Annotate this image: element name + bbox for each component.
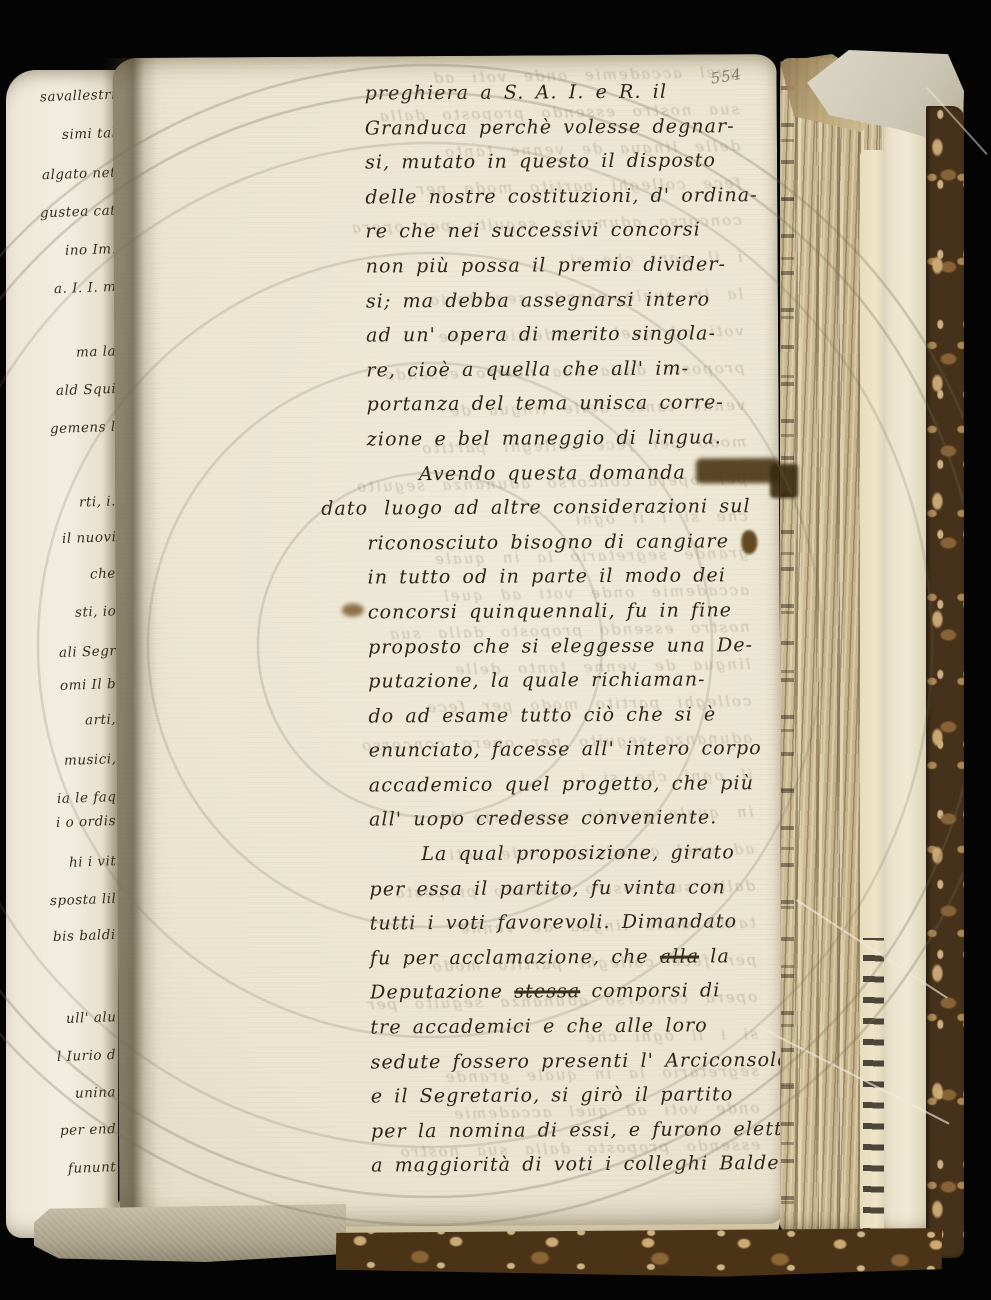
manuscript-line: riconosciuto bisogno di cangiare — [367, 524, 783, 561]
manuscript-line: re che nei successivi concorsi — [365, 212, 783, 249]
ink-smear-spill — [770, 464, 798, 498]
binding-tail-cloth — [34, 1204, 346, 1262]
manuscript-line: e il Segretario, si girò il partito — [371, 1077, 784, 1114]
manuscript-line: enunciato, facesse all' intero corpo — [369, 731, 784, 768]
left-page-fragment: ino Im. — [64, 241, 116, 259]
left-page-fragment: a. I. I. m — [53, 279, 116, 297]
manuscript-line: do ad esame tutto ciò che si è — [368, 697, 783, 734]
left-page-fragment: sposta lil — [49, 891, 116, 909]
manuscript-line: a maggiorità di voti i colleghi Baldelli… — [371, 1146, 783, 1183]
left-page-fragment: fununt — [68, 1159, 117, 1177]
manuscript-line: concorsi quinquennali, fu in fine — [368, 593, 784, 630]
manuscript-line: fu per acclamazione, che alla la — [370, 939, 784, 976]
manuscript-line: re, cioè a quella che all' im- — [366, 351, 783, 388]
left-page-fragment: ma la — [76, 343, 117, 360]
manuscript-line: proposto che si eleggesse una De- — [368, 627, 784, 664]
left-page-fragment: ull' alu — [65, 1009, 116, 1027]
manuscript-line: Avendo questa domanda — [367, 454, 784, 491]
left-page-fragment: savallestri — [40, 87, 116, 106]
left-page-fragment: ali Segr — [58, 643, 116, 661]
manuscript-line: per la nomina di essi, e furono eletti — [371, 1112, 784, 1149]
manuscript-line: portanza del tema unisca corre- — [366, 385, 783, 422]
left-page-fragment: gemens l — [50, 419, 116, 437]
ink-blot — [342, 603, 364, 616]
left-page-fragment: hi i vit — [68, 853, 116, 871]
manuscript-line: La qual proposizione, girato — [369, 835, 783, 872]
manuscript-line: si, mutato in questo il disposto — [365, 143, 784, 180]
left-page-fragment: per end — [60, 1121, 117, 1139]
left-page-fragment: bis baldi — [53, 927, 116, 945]
left-page-fragment: ald Squi — [56, 381, 117, 399]
manuscript-line: Deputazione stessa comporsi di — [370, 973, 784, 1010]
text-block: preghiera a S. A. I. e R. ilGranduca per… — [365, 74, 784, 1184]
endpaper-block — [884, 78, 930, 1234]
manuscript-line: accademico quel progetto, che più — [369, 766, 784, 803]
left-page-fragment: gustea cat — [40, 203, 117, 222]
left-page-fragment: arti, — [85, 711, 117, 728]
manuscript-line: all' uopo credesse conveniente. — [369, 800, 784, 837]
fore-edge-ink-marks — [781, 86, 794, 1204]
left-page-fragment: omi Il b — [60, 676, 117, 694]
manuscript-line: datoluogo ad altre considerazioni sul — [321, 489, 783, 526]
left-page-fragment: unina — [75, 1084, 116, 1101]
left-page-fragment: algato net — [42, 165, 117, 184]
manuscript-line: ad un' opera di merito singola- — [366, 316, 784, 353]
left-page-fragment: simi tal — [61, 125, 116, 143]
manuscript-line: sedute fossero presenti l' Arciconsolo — [370, 1043, 783, 1080]
left-page-fragment: sti, io — [75, 603, 117, 620]
manuscript-line: putazione, la quale richiaman- — [368, 662, 783, 699]
marbled-cover-edge — [926, 106, 964, 1258]
manuscript-line: non più possa il premio divider- — [366, 247, 784, 284]
left-page-sliver: savallestrisimi talalgato netgustea cati… — [6, 70, 118, 1238]
manuscript-line: per essa il partito, fu vinta con — [369, 870, 783, 907]
left-page-fragment: musici, — [63, 751, 116, 769]
manuscript-line: delle nostre costituzioni, d' ordina- — [365, 178, 783, 215]
manuscript-line: Granduca perchè volesse degnar- — [365, 109, 784, 146]
ink-blot — [741, 530, 757, 554]
left-page-fragment: l Iurio d — [57, 1047, 116, 1065]
main-page: quel accademie onde voti adsua nostro es… — [112, 54, 783, 1228]
left-page-fragment: che — [90, 566, 116, 583]
manuscript-line: tutti i voti favorevoli. Dimandato — [370, 904, 784, 941]
manuscript-line: zione e bel maneggio di lingua. — [367, 420, 784, 457]
manuscript-line: in tutto od in parte il modo dei — [368, 558, 784, 595]
manuscript-line: tre accademici e che alle loro — [370, 1008, 783, 1045]
left-page-fragment: rti, i. — [79, 493, 116, 510]
manuscript-line: si; ma debba assegnarsi intero — [366, 281, 784, 318]
manuscript-photo: savallestrisimi talalgato netgustea cati… — [0, 0, 991, 1300]
left-page-fragment: ia le faq — [56, 789, 116, 807]
left-page-fragment: i o ordis — [56, 813, 117, 831]
left-page-fragment: il nuovi — [61, 529, 116, 547]
